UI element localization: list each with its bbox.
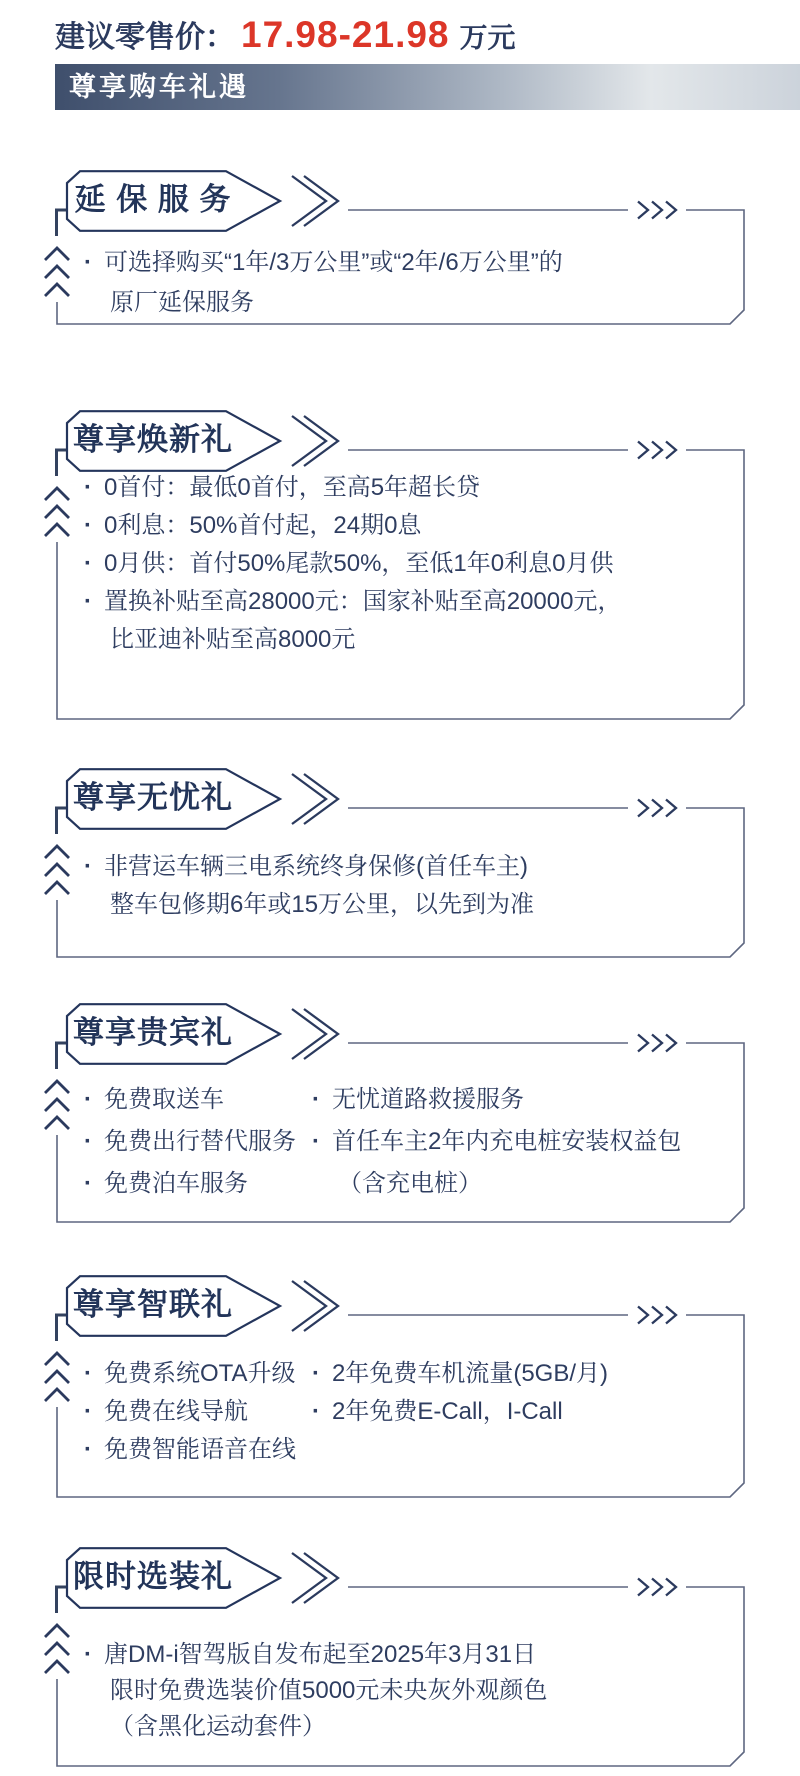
bullet-dot-icon: · — [312, 1355, 320, 1393]
benefit-item: ·非营运车辆三电系统终身保修(首任车主)整车包修期6年或15万公里，以先到为准 — [82, 848, 746, 924]
section-content: ·唐DM-i智驾版自发布起至2025年3月31日限时免费选装价值5000元未央灰… — [82, 1637, 746, 1745]
bullet-dot-icon: · — [84, 243, 92, 283]
benefit-column: ·2年免费车机流量(5GB/月)·2年免费E-Call，I-Call — [310, 1355, 746, 1469]
benefit-item: ·0利息：50%首付起，24期0息 — [82, 507, 746, 545]
bullet-dot-icon: · — [84, 583, 92, 621]
bullet-dot-icon: · — [84, 848, 92, 886]
bullet-dot-icon: · — [84, 1355, 92, 1393]
section-title: 延 保 服 务 — [67, 170, 239, 232]
benefit-item: ·免费在线导航 — [82, 1393, 310, 1431]
chevron-right-arrows-icon — [292, 1281, 676, 1331]
benefit-item: ·免费取送车 — [82, 1079, 310, 1121]
gift-section: 尊享焕新礼 ·0首付：最低0首付，至高5年超长贷·0利息：50%首付起，24期0… — [40, 410, 764, 720]
benefit-item: ·0月供：首付50%尾款50%，至低1年0利息0月供 — [82, 545, 746, 583]
gift-section: 尊享智联礼 ·免费系统OTA升级·免费在线导航·免费智能语音在线·2年免费车机流… — [40, 1275, 764, 1498]
benefit-column: ·免费取送车·免费出行替代服务·免费泊车服务 — [82, 1079, 310, 1205]
benefit-line: 置换补贴至高28000元：国家补贴至高20000元， — [104, 583, 746, 621]
benefit-line: 0利息：50%首付起，24期0息 — [104, 507, 746, 545]
benefit-item: ·无忧道路救援服务 — [310, 1079, 746, 1121]
benefit-line: 整车包修期6年或15万公里，以先到为准 — [110, 886, 746, 924]
bullet-dot-icon: · — [84, 1637, 92, 1673]
section-content: ·0首付：最低0首付，至高5年超长贷·0利息：50%首付起，24期0息·0月供：… — [82, 469, 746, 659]
price-label: 建议零售价： — [55, 12, 235, 56]
bullet-dot-icon: · — [312, 1393, 320, 1431]
gift-section: 延 保 服 务 ·可选择购买“1年/3万公里”或“2年/6万公里”的原厂延保服务 — [40, 170, 764, 325]
benefit-item: ·免费出行替代服务 — [82, 1121, 310, 1163]
benefit-item: ·2年免费车机流量(5GB/月) — [310, 1355, 746, 1393]
benefit-item: ·可选择购买“1年/3万公里”或“2年/6万公里”的原厂延保服务 — [82, 243, 746, 323]
triple-chevron-up-icon — [45, 1081, 69, 1129]
gift-section: 尊享无忧礼 ·非营运车辆三电系统终身保修(首任车主)整车包修期6年或15万公里，… — [40, 768, 764, 958]
benefit-line: 免费取送车 — [104, 1079, 310, 1121]
section-content: ·免费系统OTA升级·免费在线导航·免费智能语音在线·2年免费车机流量(5GB/… — [82, 1355, 746, 1469]
bullet-dot-icon: · — [84, 1393, 92, 1431]
benefit-line: 免费出行替代服务 — [104, 1121, 310, 1163]
chevron-right-arrows-icon — [292, 1009, 676, 1059]
benefit-line: 0月供：首付50%尾款50%，至低1年0利息0月供 — [104, 545, 746, 583]
benefit-line: 免费系统OTA升级 — [104, 1355, 310, 1393]
chevron-right-arrows-icon — [292, 774, 676, 824]
bullet-dot-icon: · — [84, 1079, 92, 1121]
bullet-dot-icon: · — [84, 507, 92, 545]
price-value: 17.98-21.98 — [241, 14, 450, 56]
bullet-dot-icon: · — [84, 1431, 92, 1469]
benefit-item: ·首任车主2年内充电桩安装权益包（含充电桩） — [310, 1121, 746, 1205]
benefit-column: ·0首付：最低0首付，至高5年超长贷·0利息：50%首付起，24期0息·0月供：… — [82, 469, 746, 659]
bullet-dot-icon: · — [84, 1121, 92, 1163]
benefit-item: ·0首付：最低0首付，至高5年超长贷 — [82, 469, 746, 507]
benefit-line: （含充电桩） — [338, 1163, 746, 1205]
section-content: ·非营运车辆三电系统终身保修(首任车主)整车包修期6年或15万公里，以先到为准 — [82, 848, 746, 924]
section-title: 尊享贵宾礼 — [67, 1003, 239, 1065]
triple-chevron-up-icon — [45, 1353, 69, 1401]
section-title: 尊享焕新礼 — [67, 410, 239, 472]
benefit-line: 2年免费E-Call，I-Call — [332, 1393, 746, 1431]
banner-label: 尊享购车礼遇 — [55, 64, 800, 110]
gift-section: 尊享贵宾礼 ·免费取送车·免费出行替代服务·免费泊车服务·无忧道路救援服务·首任… — [40, 1003, 764, 1223]
chevron-right-arrows-icon — [292, 416, 676, 466]
benefit-line: 免费智能语音在线 — [104, 1431, 310, 1469]
triple-chevron-up-icon — [45, 846, 69, 894]
benefit-line: 非营运车辆三电系统终身保修(首任车主) — [104, 848, 746, 886]
benefit-column: ·唐DM-i智驾版自发布起至2025年3月31日限时免费选装价值5000元未央灰… — [82, 1637, 746, 1745]
bullet-dot-icon: · — [84, 469, 92, 507]
benefit-item: ·唐DM-i智驾版自发布起至2025年3月31日限时免费选装价值5000元未央灰… — [82, 1637, 746, 1745]
benefit-line: 首任车主2年内充电桩安装权益包 — [332, 1121, 746, 1163]
benefit-column: ·可选择购买“1年/3万公里”或“2年/6万公里”的原厂延保服务 — [82, 243, 746, 323]
benefit-item: ·免费泊车服务 — [82, 1163, 310, 1205]
benefit-column: ·非营运车辆三电系统终身保修(首任车主)整车包修期6年或15万公里，以先到为准 — [82, 848, 746, 924]
bullet-dot-icon: · — [312, 1121, 320, 1163]
benefit-column: ·无忧道路救援服务·首任车主2年内充电桩安装权益包（含充电桩） — [310, 1079, 746, 1205]
chevron-right-arrows-icon — [292, 1553, 676, 1603]
section-title: 尊享无忧礼 — [67, 768, 239, 830]
triple-chevron-up-icon — [45, 1625, 69, 1673]
section-content: ·免费取送车·免费出行替代服务·免费泊车服务·无忧道路救援服务·首任车主2年内充… — [82, 1079, 746, 1205]
section-title: 限时选装礼 — [67, 1547, 239, 1609]
benefit-column: ·免费系统OTA升级·免费在线导航·免费智能语音在线 — [82, 1355, 310, 1469]
benefit-line: 免费在线导航 — [104, 1393, 310, 1431]
section-content: ·可选择购买“1年/3万公里”或“2年/6万公里”的原厂延保服务 — [82, 243, 746, 323]
bullet-dot-icon: · — [84, 545, 92, 583]
benefit-item: ·2年免费E-Call，I-Call — [310, 1393, 746, 1431]
promo-page: 建议零售价： 17.98-21.98 万元 尊享购车礼遇 延 保 服 务 ·可选… — [0, 0, 800, 1776]
benefit-item: ·免费智能语音在线 — [82, 1431, 310, 1469]
benefit-line: 0首付：最低0首付，至高5年超长贷 — [104, 469, 746, 507]
benefit-line: 比亚迪补贴至高8000元 — [110, 621, 746, 659]
price-unit: 万元 — [460, 16, 516, 56]
benefit-item: ·置换补贴至高28000元：国家补贴至高20000元，比亚迪补贴至高8000元 — [82, 583, 746, 659]
triple-chevron-up-icon — [45, 248, 69, 296]
benefit-line: （含黑化运动套件） — [110, 1709, 746, 1745]
chevron-right-arrows-icon — [292, 176, 676, 226]
benefit-line: 限时免费选装价值5000元未央灰外观颜色 — [110, 1673, 746, 1709]
benefit-line: 唐DM-i智驾版自发布起至2025年3月31日 — [104, 1637, 746, 1673]
benefit-line: 原厂延保服务 — [110, 283, 746, 323]
benefit-line: 可选择购买“1年/3万公里”或“2年/6万公里”的 — [104, 243, 746, 283]
benefit-line: 无忧道路救援服务 — [332, 1079, 746, 1121]
suggested-price-row: 建议零售价： 17.98-21.98 万元 — [55, 12, 516, 56]
gift-section: 限时选装礼 ·唐DM-i智驾版自发布起至2025年3月31日限时免费选装价值50… — [40, 1547, 764, 1767]
bullet-dot-icon: · — [312, 1079, 320, 1121]
bullet-dot-icon: · — [84, 1163, 92, 1205]
triple-chevron-up-icon — [45, 488, 69, 536]
benefit-item: ·免费系统OTA升级 — [82, 1355, 310, 1393]
section-banner: 尊享购车礼遇 — [55, 64, 800, 110]
benefit-line: 免费泊车服务 — [104, 1163, 310, 1205]
benefit-line: 2年免费车机流量(5GB/月) — [332, 1355, 746, 1393]
section-title: 尊享智联礼 — [67, 1275, 239, 1337]
